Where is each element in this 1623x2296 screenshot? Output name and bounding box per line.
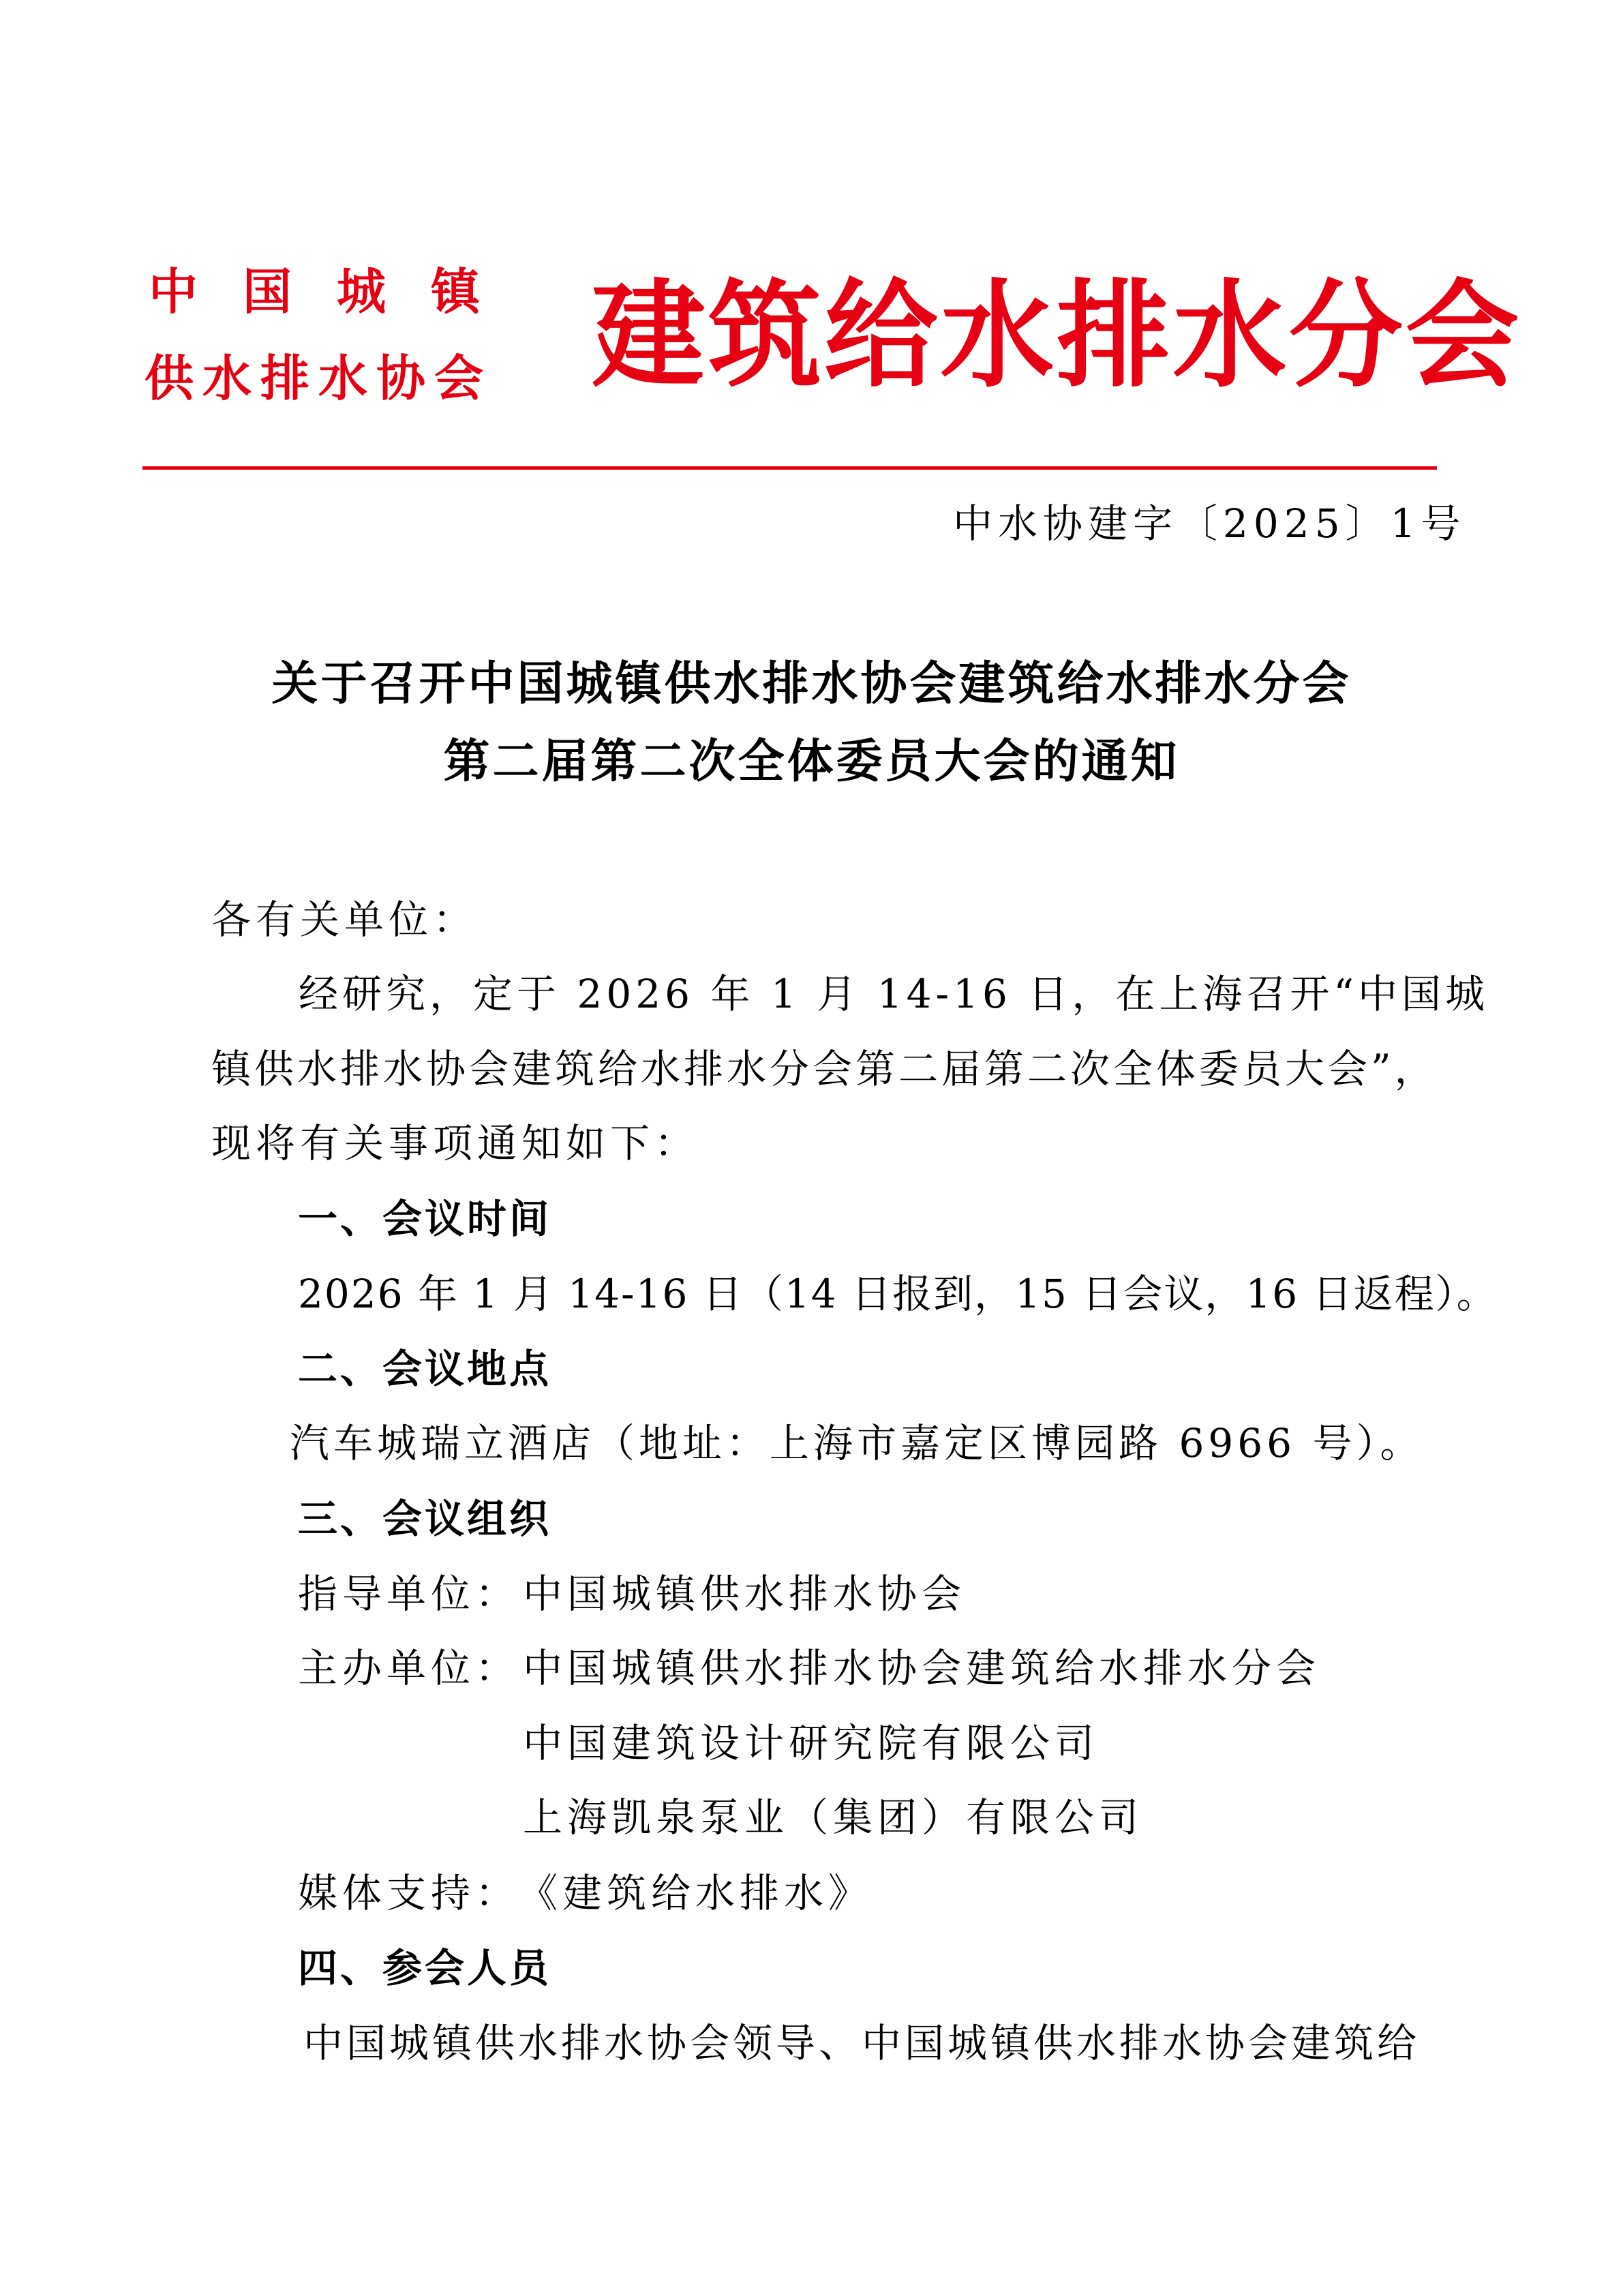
host-unit-2: 中国建筑设计研究院有限公司 (523, 1719, 1099, 1768)
section-heading-location: 二、会议地点 (298, 1344, 551, 1393)
section-heading-organization: 三、会议组织 (298, 1494, 551, 1543)
intro-line3: 现将有关事项通知如下： (211, 1119, 699, 1168)
notice-title-line1: 关于召开中国城镇供水排水协会建筑给水排水分会 (0, 656, 1623, 713)
guidance-unit-value: 中国城镇供水排水协会 (523, 1569, 966, 1618)
attendees-line1: 中国城镇供水排水协会领导、中国城镇供水排水协会建筑给 (303, 2019, 1420, 2068)
salutation: 各有关单位： (211, 895, 477, 944)
document-number: 中水协建字〔2025〕1号 (953, 499, 1466, 548)
notice-title-line2: 第二届第二次全体委员大会的通知 (0, 734, 1623, 791)
guidance-unit-label: 指导单位： (298, 1569, 519, 1618)
letterhead-red-rule (142, 466, 1437, 470)
host-unit-1: 中国城镇供水排水协会建筑给水排水分会 (523, 1644, 1320, 1693)
meeting-location: 汽车城瑞立酒店（地址：上海市嘉定区博园路 6966 号）。 (290, 1419, 1423, 1468)
host-unit-3: 上海凯泉泵业（集团）有限公司 (523, 1793, 1143, 1842)
branch-title: 建筑给水排水分会 (592, 267, 1521, 404)
section-heading-time: 一、会议时间 (298, 1194, 551, 1243)
intro-line2: 镇供水排水协会建筑给水排水分会第二届第二次全体委员大会”， (211, 1044, 1438, 1093)
media-support-value: 《建筑给水排水》 (518, 1869, 873, 1918)
intro-line1: 经研究，定于 2026 年 1 月 14-16 日，在上海召开“中国城 (299, 969, 1489, 1018)
section-heading-attendees: 四、参会人员 (298, 1944, 551, 1993)
meeting-time: 2026 年 1 月 14-16 日（14 日报到，15 日会议，16 日返程）… (298, 1269, 1498, 1318)
host-unit-label: 主办单位： (298, 1644, 519, 1693)
media-support-label: 媒体支持： (298, 1869, 519, 1918)
org-name-line1: 中国城镇 (149, 265, 525, 319)
org-name-line2: 供水排水协会 (145, 351, 492, 406)
